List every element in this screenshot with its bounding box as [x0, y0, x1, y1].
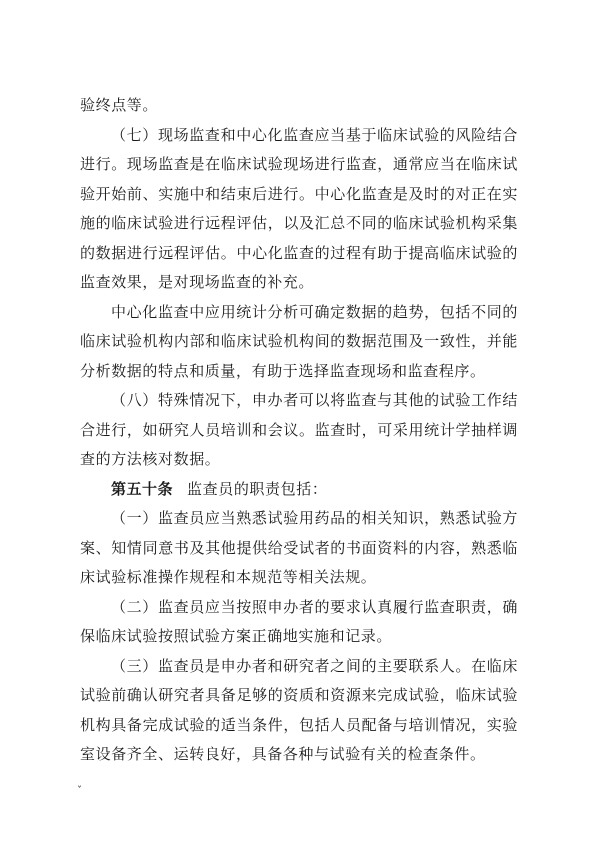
paragraph-duty-1: （一）监查员应当熟悉试验用药品的相关知识，熟悉试验方案、知情同意书及其他提供给受… — [80, 504, 518, 593]
document-page: 验终点等。 （七）现场监查和中心化监查应当基于临床试验的风险结合进行。现场监查是… — [80, 91, 518, 770]
footer-mark: ˇ — [77, 786, 82, 797]
paragraph-item-8: （八）特殊情况下，申办者可以将监查与其他的试验工作结合进行，如研究人员培训和会议… — [80, 386, 518, 475]
article-title: 监查员的职责包括： — [187, 480, 327, 498]
paragraph-duty-3: （三）监查员是申办者和研究者之间的主要联系人。在临床试验前确认研究者具备足够的资… — [80, 652, 518, 770]
paragraph-central-monitoring: 中心化监查中应用统计分析可确定数据的趋势，包括不同的临床试验机构内部和临床试验机… — [80, 298, 518, 387]
paragraph-continuation: 验终点等。 — [80, 91, 518, 121]
article-number: 第五十条 — [111, 480, 173, 498]
paragraph-item-7: （七）现场监查和中心化监查应当基于临床试验的风险结合进行。现场监查是在临床试验现… — [80, 121, 518, 298]
article-50-heading: 第五十条监查员的职责包括： — [80, 475, 518, 505]
paragraph-duty-2: （二）监查员应当按照申办者的要求认真履行监查职责，确保临床试验按照试验方案正确地… — [80, 593, 518, 652]
